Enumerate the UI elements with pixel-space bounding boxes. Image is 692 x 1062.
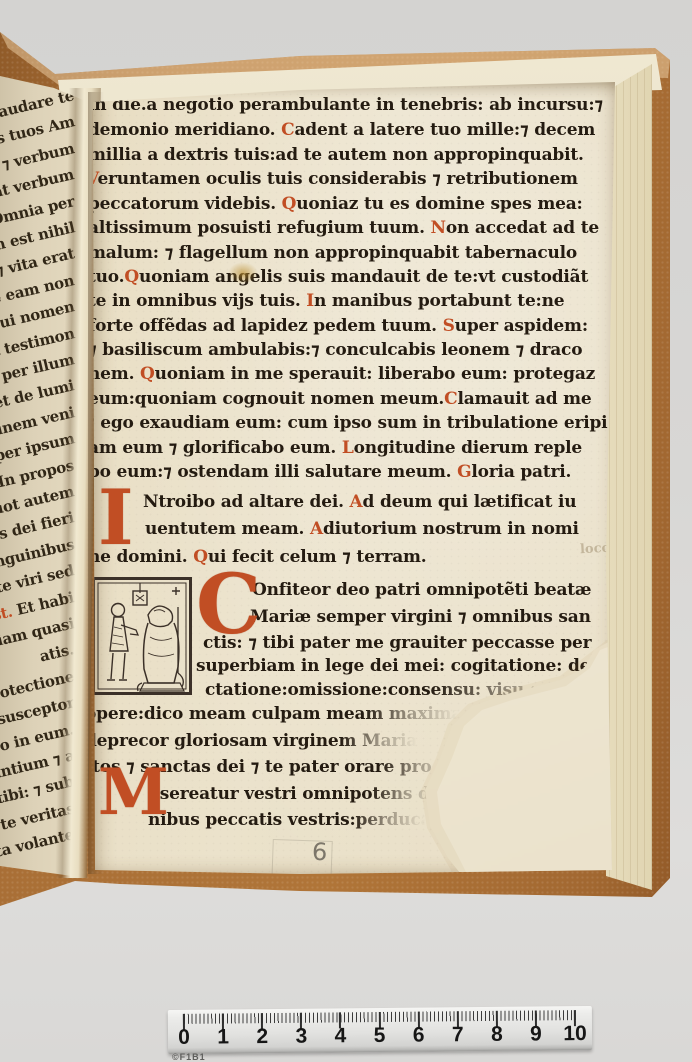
text-line: nibus peccatis vestris:perduca	[148, 810, 431, 830]
text-line: Mariæ semper virgini ⁊ omnibus san	[250, 607, 591, 627]
text-line: ctis: ⁊ tibi pater me grauiter peccasse …	[203, 633, 591, 653]
page-stain	[228, 262, 258, 284]
text-line: Veruntamen oculis tuis considerabis ⁊ re…	[86, 169, 578, 189]
text-line: millia a dextris tuis:ad te autem non ap…	[88, 145, 584, 165]
text-line: nem. Quoniam in me sperauit: liberabo eu…	[88, 364, 595, 384]
woodcut-confession-scene	[92, 577, 192, 695]
text-line: deprecor gloriosam virginem Maria	[85, 731, 417, 751]
text-line: uentutem meam. Adiutorium nostrum in nom…	[145, 519, 579, 539]
text-line: Isereatur vestri omnipotens de	[152, 784, 440, 804]
ruler-number: 6	[402, 1023, 436, 1047]
text-line: bo eum:⁊ ostendam illi salutare meum. Gl…	[88, 462, 571, 482]
ruler-number: 8	[480, 1023, 514, 1047]
text-line: ⁊ basiliscum ambulabis:⁊ conculcabis leo…	[88, 340, 582, 360]
text-line: peccatorum videbis. Quoniaz tu es domine…	[88, 194, 583, 214]
recto-page: in die.a negotio perambulante in tenebri…	[0, 0, 692, 1062]
photo-backdrop: e me laudare tehostes tuos Amrbum : ⁊ ve…	[0, 0, 692, 1062]
text-line: superbiam in lege dei mei: cogitatione: …	[196, 656, 607, 676]
ruler-number: 4	[323, 1024, 357, 1048]
ruler: 012345678910	[168, 1006, 592, 1054]
illuminated-initial: C	[196, 574, 259, 638]
ruler-number: 2	[245, 1025, 279, 1049]
text-line: in die.a negotio perambulante in tenebri…	[88, 95, 603, 115]
ruler-number: 10	[558, 1022, 592, 1046]
text-line: demonio meridiano. Cadent a latere tuo m…	[88, 120, 595, 140]
text-line: forte offẽdas ad lapidez pedem tuum. Sup…	[88, 316, 588, 336]
pencil-folio-number: 6	[312, 838, 328, 867]
text-line: Ntroibo ad altare dei. Ad deum qui lætif…	[143, 492, 576, 512]
text-line: tuo.Quoniam angelis suis mandauit de te:…	[88, 267, 588, 287]
ruler-cm-marks: 012345678910	[168, 1006, 592, 1010]
text-line: altissimum posuisti refugium tuum. Non a…	[88, 218, 599, 238]
text-line: te in omnibus vijs tuis. In manibus port…	[88, 291, 564, 311]
text-line: eum:quoniam cognouit nomen meum.Clamauit…	[88, 389, 592, 409]
illuminated-initial: M	[98, 768, 167, 818]
ruler-number: 9	[519, 1022, 553, 1046]
ruler-number: 7	[441, 1023, 475, 1047]
ruler-number: 0	[167, 1026, 201, 1050]
ruler-number: 1	[206, 1025, 240, 1049]
text-line: Onfiteor deo patri omnipotẽti beatæ	[252, 580, 591, 600]
ruler-number: 3	[284, 1025, 318, 1049]
ruler-caption-fragment: ©F1B1	[172, 1052, 206, 1062]
illuminated-initial: I	[98, 488, 132, 547]
text-line: opere:dico meam culpam meam maxima	[85, 704, 462, 724]
ruler-number: 5	[362, 1024, 396, 1048]
text-line: am eum ⁊ glorificabo eum. Longitudine di…	[88, 438, 582, 458]
text-line: malum: ⁊ flagellum non appropinquabit ta…	[88, 243, 577, 263]
text-line: ⁊ ego exaudiam eum: cum ipso sum in trib…	[86, 413, 607, 433]
